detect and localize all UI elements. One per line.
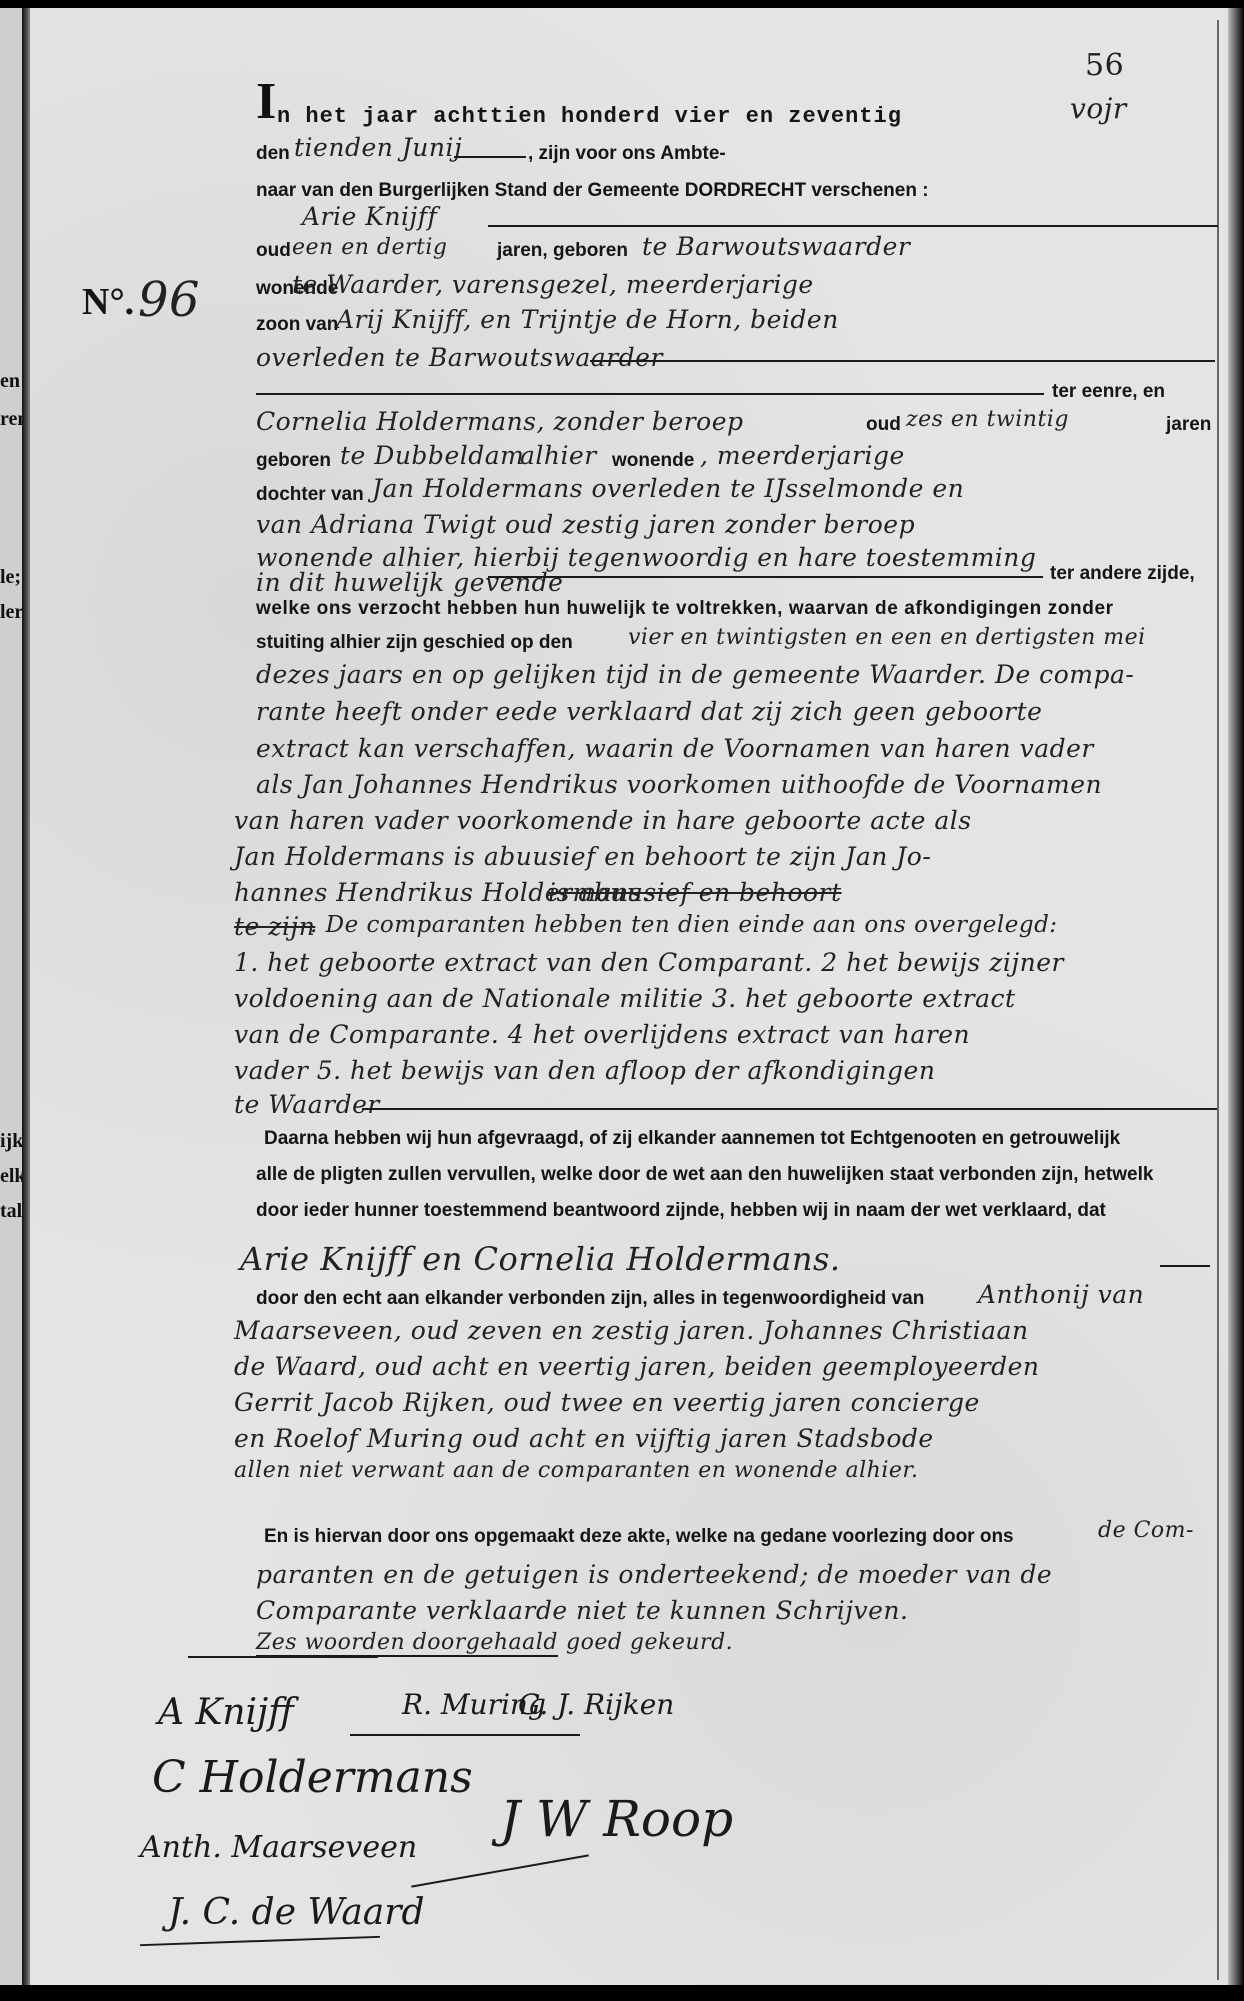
signature-witness: Anth. Maarseveen — [140, 1830, 417, 1865]
banns-hand-line: Jan Holdermans is abuusief en behoort te… — [234, 842, 931, 871]
signature-witness: J. C. de Waard — [168, 1892, 425, 1933]
banns-hand-line: te Waarder — [234, 1090, 380, 1119]
struck-text: te zijn — [234, 912, 315, 941]
intro-line-1: n het jaar achttien honderd vier en zeve… — [277, 104, 902, 129]
closing-print: En is hiervan door ons opgemaakt deze ak… — [264, 1526, 1014, 1548]
page-edge — [1228, 8, 1244, 2001]
signature-registrar: J W Roop — [500, 1790, 733, 1848]
bride-mother-3: in dit huwelijk gevende — [256, 568, 563, 597]
signature-witness: G. J. Rijken — [518, 1688, 674, 1721]
approval-note: goed gekeurd. — [566, 1630, 733, 1655]
groom-residence: te Waarder, varensgezel, meerderjarige — [292, 270, 814, 299]
groom-age: een en dertig — [292, 235, 447, 260]
witness-first: Anthonij van — [978, 1280, 1144, 1309]
banns-hand-line: extract kan verschaffen, waarin de Voorn… — [256, 734, 1094, 763]
declaration-line: alle de pligten zullen vervullen, welke … — [256, 1164, 1153, 1186]
fragment-text: ren — [0, 408, 22, 431]
couple-names: Arie Knijff en Cornelia Holdermans. — [240, 1240, 841, 1278]
fill-line — [590, 360, 1215, 362]
fragment-text: ijk — [0, 1130, 22, 1153]
witness-line: Maarseveen, oud zeven en zestig jaren. J… — [234, 1316, 1029, 1345]
banns-dates: vier en twintigsten en een en dertigsten… — [628, 625, 1146, 650]
fill-line — [488, 576, 1043, 578]
fragment-text: elk — [0, 1165, 22, 1188]
intro-line-2: , zijn voor ons Ambte- — [528, 143, 726, 165]
banns-line-1: welke ons verzocht hebben hun huwelijk t… — [256, 598, 1114, 620]
witness-intro: door den echt aan elkander verbonden zij… — [256, 1288, 924, 1310]
wonende-label: wonende — [612, 450, 694, 472]
fill-line — [454, 156, 526, 158]
banns-line-2: stuiting alhier zijn geschied op den — [256, 632, 573, 654]
banns-hand-line: . De comparanten hebben ten dien einde a… — [310, 912, 1058, 938]
witness-line: de Waard, oud acht en veertig jaren, bei… — [234, 1352, 1039, 1381]
bride-father: Jan Holdermans overleden te IJsselmonde … — [372, 474, 964, 503]
book-gutter — [22, 8, 30, 2001]
closing-hand-first: de Com- — [1098, 1518, 1194, 1543]
bride-status: , meerderjarige — [700, 441, 905, 470]
bride-residence: alhier — [520, 441, 597, 470]
margin-note: vojr — [1070, 92, 1127, 125]
signature-groom: A Knijff — [158, 1692, 294, 1733]
closing-hand-line: Comparante verklaarde niet te kunnen Sch… — [256, 1596, 908, 1625]
banns-hand-line: 1. het geboorte extract van den Comparan… — [234, 948, 1064, 977]
marriage-date: tienden Junij — [294, 133, 462, 162]
record-label: N°. — [82, 280, 134, 324]
ter-eenre: ter eenre, en — [1052, 381, 1165, 403]
bride-age: zes en twintig — [906, 407, 1069, 432]
drop-cap: I — [256, 72, 276, 131]
adjacent-page-fragment: en ren le; ler ijk elk tal — [0, 8, 22, 2001]
banns-hand-line: dezes jaars en op gelijken tijd in de ge… — [256, 660, 1134, 689]
page-bottom-edge — [0, 1985, 1244, 2001]
ter-andere-zijde: ter andere zijde, — [1050, 563, 1195, 585]
fragment-text: le; — [0, 566, 21, 589]
fill-line — [188, 1656, 378, 1658]
geboren-label: geboren — [256, 450, 331, 472]
declaration-line: Daarna hebben wij hun afgevraagd, of zij… — [264, 1128, 1120, 1150]
banns-hand-line: voldoening aan de Nationale militie 3. h… — [234, 984, 1016, 1013]
fill-line — [256, 393, 1044, 395]
groom-parents-2: overleden te Barwoutswaarder — [256, 343, 663, 372]
oud-label: oud — [866, 414, 901, 436]
banns-hand-line: vader 5. het bewijs van den afloop der a… — [234, 1056, 935, 1085]
banns-hand-line: als Jan Johannes Hendrikus voorkomen uit… — [256, 770, 1102, 799]
jaren-label: jaren — [1166, 414, 1211, 436]
bride-birthplace: te Dubbeldam — [340, 441, 524, 470]
intro-line-3: naar van den Burgerlijken Stand der Geme… — [256, 180, 929, 202]
signature-bride: C Holdermans — [152, 1752, 473, 1803]
oud-label: oud — [256, 240, 291, 262]
jaren-geboren-label: jaren, geboren — [497, 240, 628, 262]
declaration-line: door ieder hunner toestemmend beantwoord… — [256, 1200, 1106, 1222]
closing-hand-line: paranten en de getuigen is onderteekend;… — [256, 1560, 1052, 1589]
fill-line — [362, 1108, 1217, 1110]
fragment-text: tal — [0, 1200, 22, 1223]
banns-hand-line: van de Comparante. 4 het overlijdens ext… — [234, 1020, 970, 1049]
witness-line: en Roelof Muring oud acht en vijftig jar… — [234, 1424, 934, 1453]
struck-text: is abuusief en behoort — [548, 878, 842, 907]
bride-mother: van Adriana Twigt oud zestig jaren zonde… — [256, 510, 915, 539]
den-label: den — [256, 143, 290, 165]
groom-birthplace: te Barwoutswaarder — [642, 232, 910, 261]
zoon-label: zoon van — [256, 314, 338, 336]
fill-line — [1160, 1265, 1210, 1267]
bride-name: Cornelia Holdermans, zonder beroep — [256, 407, 744, 436]
witness-line: Gerrit Jacob Rijken, oud twee en veertig… — [234, 1388, 980, 1417]
fragment-text: ler — [0, 601, 22, 624]
fill-line — [488, 225, 1218, 227]
flourish — [350, 1734, 580, 1736]
page-number: 56 — [1085, 48, 1124, 83]
record-number: 96 — [138, 272, 200, 328]
dochter-label: dochter van — [256, 484, 364, 506]
banns-hand-line: rante heeft onder eede verklaard dat zij… — [256, 697, 1042, 726]
fragment-text: en — [0, 370, 20, 393]
margin-rule — [1217, 20, 1219, 1980]
groom-name: Arie Knijff — [302, 202, 437, 231]
groom-parents: Arij Knijff, en Trijntje de Horn, beiden — [336, 305, 839, 334]
deletion-note: Zes woorden doorgehaald — [256, 1630, 558, 1657]
witness-line: allen niet verwant aan de comparanten en… — [234, 1458, 918, 1483]
banns-hand-line: van haren vader voorkomende in hare gebo… — [234, 806, 972, 835]
